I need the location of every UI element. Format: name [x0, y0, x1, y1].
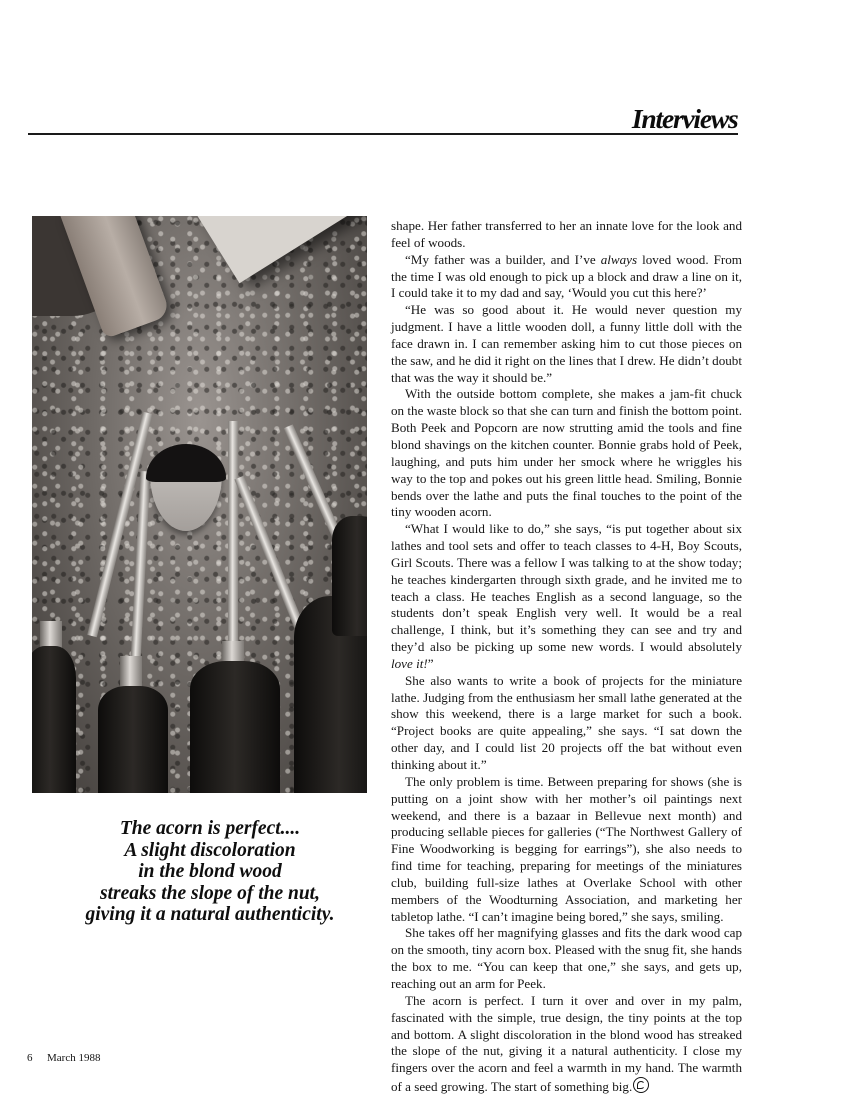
tool-handle: [190, 661, 280, 793]
paragraph-text: The only problem is time. Between prepar…: [391, 774, 742, 924]
article-paragraph: With the outside bottom complete, she ma…: [391, 386, 742, 521]
page-number: 6: [27, 1052, 47, 1064]
end-of-article-icon: [633, 1077, 649, 1093]
emphasis-text: always: [601, 252, 637, 267]
tool-ferrule: [120, 656, 142, 688]
article-paragraph: She also wants to write a book of projec…: [391, 673, 742, 774]
article-paragraph: “He was so good about it. He would never…: [391, 302, 742, 386]
article-paragraph: “My father was a builder, and I’ve alway…: [391, 252, 742, 303]
paragraph-text: shape. Her father transferred to her an …: [391, 218, 742, 250]
paragraph-text: “He was so good about it. He would never…: [391, 302, 742, 384]
paragraph-text: ”: [428, 656, 434, 671]
tool-handle: [98, 686, 168, 793]
caption-line: A slight discoloration: [40, 840, 380, 862]
tool-handle: [32, 646, 76, 793]
paragraph-text: “What I would like to do,” she says, “is…: [391, 521, 742, 654]
issue-date: March 1988: [47, 1052, 100, 1064]
paragraph-text: The acorn is perfect. I turn it over and…: [391, 993, 742, 1094]
article-body: shape. Her father transferred to her an …: [391, 218, 742, 1096]
article-paragraph: She takes off her magnifying glasses and…: [391, 925, 742, 992]
caption-line: streaks the slope of the nut,: [40, 883, 380, 905]
paragraph-text: She takes off her magnifying glasses and…: [391, 925, 742, 991]
paragraph-text: She also wants to write a book of projec…: [391, 673, 742, 772]
paragraph-text: With the outside bottom complete, she ma…: [391, 386, 742, 519]
caption-line: giving it a natural authenticity.: [40, 904, 380, 926]
section-header: Interviews: [28, 104, 738, 136]
article-photo: [32, 216, 367, 793]
header-rule: [28, 133, 738, 135]
article-paragraph: shape. Her father transferred to her an …: [391, 218, 742, 252]
section-title: Interviews: [632, 104, 738, 134]
emphasis-text: love it!: [391, 656, 428, 671]
paragraph-text: “My father was a builder, and I’ve: [405, 252, 601, 267]
article-paragraph: “What I would like to do,” she says, “is…: [391, 521, 742, 673]
pull-quote-caption: The acorn is perfect.... A slight discol…: [40, 818, 380, 926]
page-footer: 6March 1988: [27, 1052, 100, 1064]
article-paragraph: The acorn is perfect. I turn it over and…: [391, 993, 742, 1096]
tool-handle: [332, 516, 367, 636]
chisel-tool: [228, 421, 238, 661]
article-paragraph: The only problem is time. Between prepar…: [391, 774, 742, 926]
caption-line: The acorn is perfect....: [40, 818, 380, 840]
caption-line: in the blond wood: [40, 861, 380, 883]
